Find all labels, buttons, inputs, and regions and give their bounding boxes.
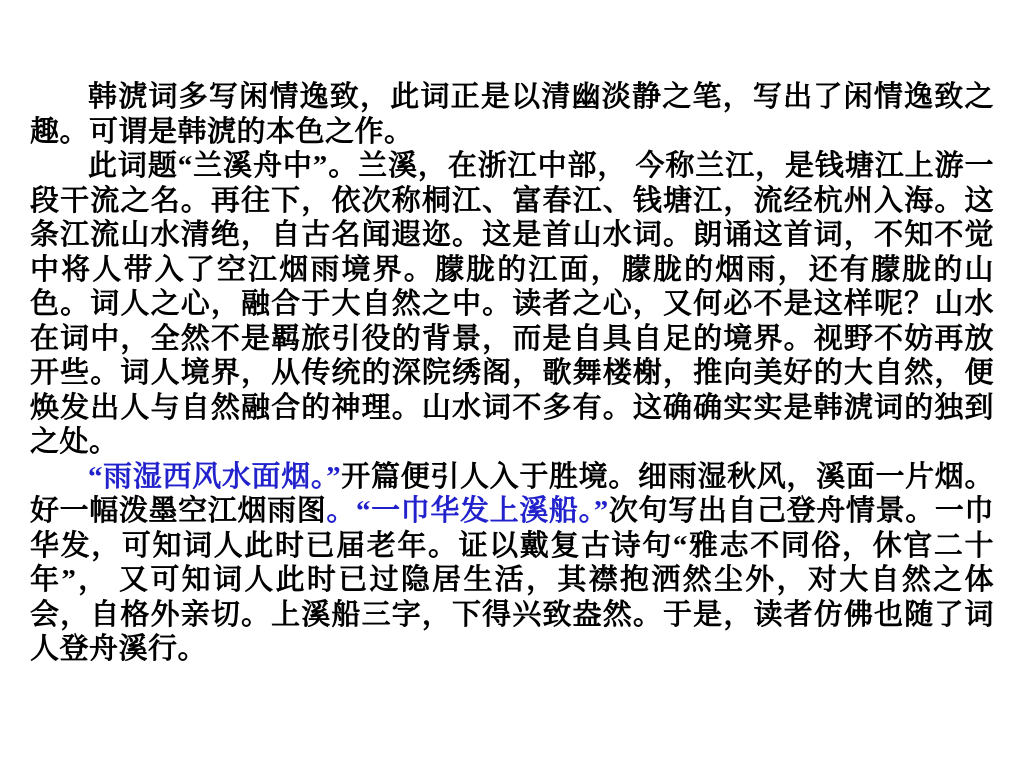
paragraph: “雨湿西风水面烟。”开篇便引人入于胜境。细雨湿秋风，溪面一片烟。好一幅泼墨空江烟…	[30, 460, 994, 667]
text-segment: 韩淲词多写闲情逸致，此词正是以清幽淡静之笔，写出了闲情逸致之趣。可谓是韩淲的本色…	[30, 81, 994, 148]
poem-quote: 。“一巾华发上溪船。”	[326, 495, 608, 527]
text-segment: 此词题“兰溪舟中”。兰溪，在浙江中部， 今称兰江，是钱塘江上游一段干流之名。再往…	[30, 150, 994, 458]
paragraph: 韩淲词多写闲情逸致，此词正是以清幽淡静之笔，写出了闲情逸致之趣。可谓是韩淲的本色…	[30, 80, 994, 149]
paragraph: 此词题“兰溪舟中”。兰溪，在浙江中部， 今称兰江，是钱塘江上游一段干流之名。再往…	[30, 149, 994, 460]
text-block: 韩淲词多写闲情逸致，此词正是以清幽淡静之笔，写出了闲情逸致之趣。可谓是韩淲的本色…	[30, 80, 994, 667]
slide: 韩淲词多写闲情逸致，此词正是以清幽淡静之笔，写出了闲情逸致之趣。可谓是韩淲的本色…	[0, 0, 1024, 768]
poem-quote: “雨湿西风水面烟。”	[88, 461, 341, 493]
